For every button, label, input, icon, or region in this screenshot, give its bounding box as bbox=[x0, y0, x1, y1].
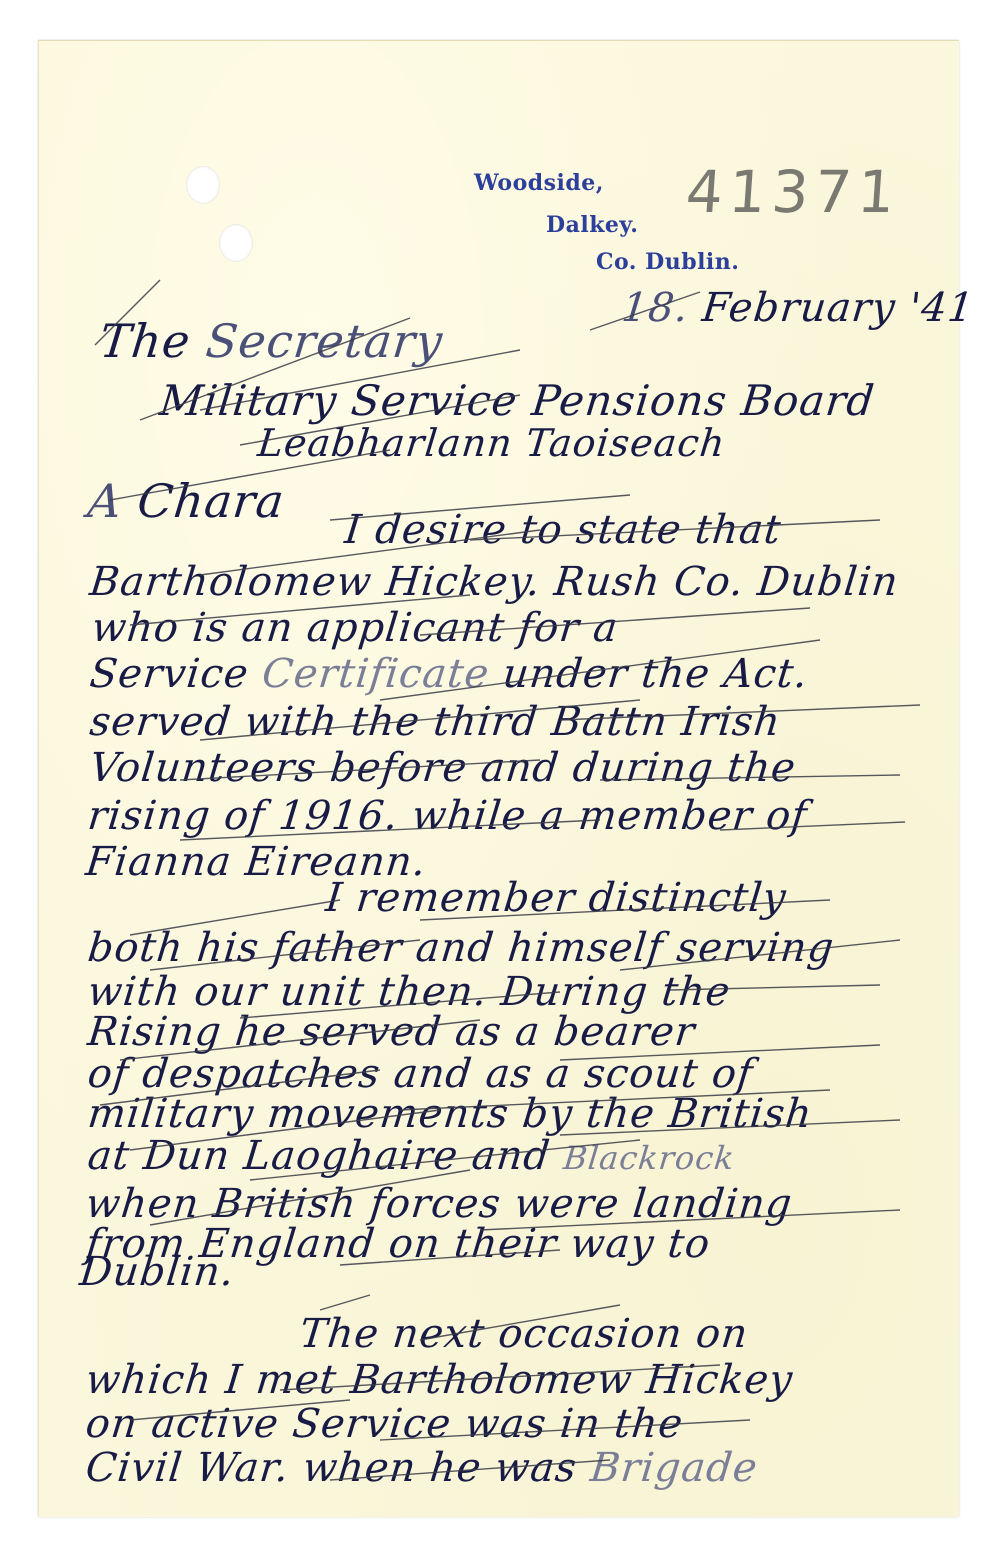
body-line: served with the third Battn Irish bbox=[88, 702, 783, 742]
body-line: Volunteers before and during the bbox=[88, 748, 798, 788]
archive-number: 41371 bbox=[684, 158, 903, 226]
addressee-line-2: Military Service Pensions Board bbox=[158, 380, 877, 422]
body-line: who is an applicant for a bbox=[90, 608, 620, 648]
body-word: at Dun Laoghaire and bbox=[86, 1133, 553, 1179]
body-word-faint: Blackrock bbox=[562, 1139, 737, 1177]
body-word-faint: Certificate bbox=[260, 651, 492, 697]
body-line: Bartholomew Hickey. Rush Co. Dublin bbox=[88, 562, 901, 602]
body-line: The next occasion on bbox=[298, 1314, 750, 1354]
letterhead-line-3: Co. Dublin. bbox=[596, 249, 739, 275]
body-line: rising of 1916. while a member of bbox=[86, 796, 809, 836]
body-line: military movements by the British bbox=[86, 1094, 814, 1134]
addressee-line-3: Leabharlann Taoiseach bbox=[256, 424, 727, 462]
body-line: I remember distinctly bbox=[324, 878, 789, 918]
body-line: which I met Bartholomew Hickey bbox=[84, 1360, 795, 1400]
addressee-line-1: The Secretary bbox=[98, 318, 446, 364]
body-word-faint: Brigade bbox=[588, 1445, 760, 1491]
addressee-title: Secretary bbox=[203, 314, 445, 368]
body-line: when British forces were landing bbox=[84, 1184, 794, 1224]
body-line: Service Certificate under the Act. bbox=[88, 654, 810, 694]
date: 18. February '41 bbox=[620, 288, 976, 328]
addressee-prefix: The bbox=[97, 314, 193, 368]
body-line: at Dun Laoghaire and Blackrock bbox=[86, 1136, 737, 1176]
body-line: Dublin. bbox=[78, 1252, 237, 1292]
body-word: under the Act. bbox=[501, 651, 811, 697]
body-line: Rising he served as a bearer bbox=[86, 1012, 697, 1052]
salutation-a: A bbox=[85, 474, 125, 528]
punch-hole bbox=[186, 166, 220, 204]
body-word: Service bbox=[88, 651, 252, 697]
body-line: Civil War. when he was Brigade bbox=[84, 1448, 760, 1488]
punch-hole bbox=[219, 224, 253, 262]
letterhead-line-1: Woodside, bbox=[474, 170, 604, 196]
date-month-year: February '41 bbox=[700, 285, 977, 331]
body-line: I desire to state that bbox=[343, 510, 783, 550]
body-line: with our unit then. During the bbox=[86, 972, 733, 1012]
date-day: 18. bbox=[620, 285, 691, 331]
body-line: on active Service was in the bbox=[84, 1404, 685, 1444]
body-word: Civil War. when he was bbox=[84, 1445, 580, 1491]
body-line: both his father and himself serving bbox=[86, 928, 836, 968]
body-line: of despatches and as a scout of bbox=[86, 1054, 755, 1094]
salutation: A Chara bbox=[86, 478, 287, 524]
salutation-chara: Chara bbox=[135, 474, 287, 528]
letterhead-line-2: Dalkey. bbox=[546, 212, 638, 238]
